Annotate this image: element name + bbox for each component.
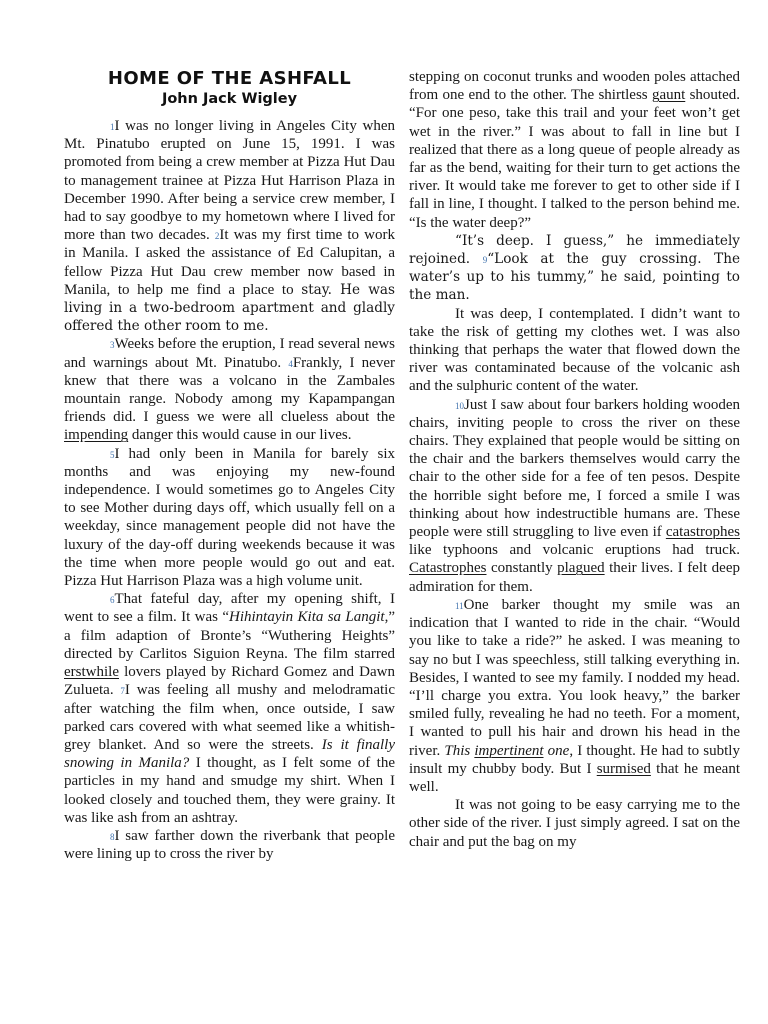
column-right: stepping on coconut trunks and wooden po…	[409, 68, 740, 1024]
paragraph: 3Weeks before the eruption, I read sever…	[64, 335, 395, 444]
text-run: gaunt	[652, 87, 685, 103]
paragraph: 8I saw farther down the riverbank that p…	[64, 827, 395, 863]
text-run: catastrophes	[666, 524, 740, 540]
text-run: like typhoons and volcanic eruptions had…	[409, 542, 740, 558]
text-run: surmised	[597, 761, 651, 777]
text-run: erstwhile	[64, 664, 119, 680]
paragraph-number: 11	[455, 601, 464, 611]
text-run: constantly	[486, 560, 557, 576]
paragraph: 10Just I saw about four barkers holding …	[409, 396, 740, 596]
text-run: Catastrophes	[409, 560, 486, 576]
text-run: impertinent	[474, 743, 543, 759]
text-run: shouted. “For one peso, take this trail …	[409, 87, 740, 230]
column-left: HOME OF THE ASHFALL John Jack Wigley 1I …	[64, 68, 395, 1024]
text-run: Hihintayin Kita sa Langit	[229, 609, 385, 625]
text-run: It was deep, I contemplated. I didn’t wa…	[409, 306, 740, 395]
document-author: John Jack Wigley	[64, 90, 395, 108]
text-run: I was no longer living in Angeles City w…	[64, 118, 395, 243]
paragraph-number: 10	[455, 401, 464, 411]
paragraph: 6That fateful day, after my opening shif…	[64, 590, 395, 827]
text-run: Just I saw about four barkers holding wo…	[409, 397, 740, 540]
paragraph: “It’s deep. I guess,” he immediately rej…	[409, 232, 740, 305]
text-run: This	[444, 743, 474, 759]
document-page: HOME OF THE ASHFALL John Jack Wigley 1I …	[0, 0, 768, 1024]
text-run: It was not going to be easy carrying me …	[409, 797, 740, 849]
paragraph: 11One barker thought my smile was an ind…	[409, 596, 740, 796]
paragraph: 5I had only been in Manila for barely si…	[64, 445, 395, 591]
paragraph: 1I was no longer living in Angeles City …	[64, 117, 395, 335]
title-block: HOME OF THE ASHFALL John Jack Wigley	[64, 68, 395, 108]
paragraph: stepping on coconut trunks and wooden po…	[409, 68, 740, 232]
text-run: one	[544, 743, 570, 759]
document-title: HOME OF THE ASHFALL	[64, 68, 395, 90]
text-run: I saw farther down the riverbank that pe…	[64, 828, 395, 862]
text-run: I had only been in Manila for barely six…	[64, 446, 395, 589]
text-run: impending	[64, 427, 128, 443]
paragraph: It was not going to be easy carrying me …	[409, 796, 740, 851]
text-run: plagued	[557, 560, 604, 576]
text-run: One barker thought my smile was an indic…	[409, 597, 740, 759]
text-run: danger this would cause in our lives.	[128, 427, 351, 443]
paragraph: It was deep, I contemplated. I didn’t wa…	[409, 305, 740, 396]
